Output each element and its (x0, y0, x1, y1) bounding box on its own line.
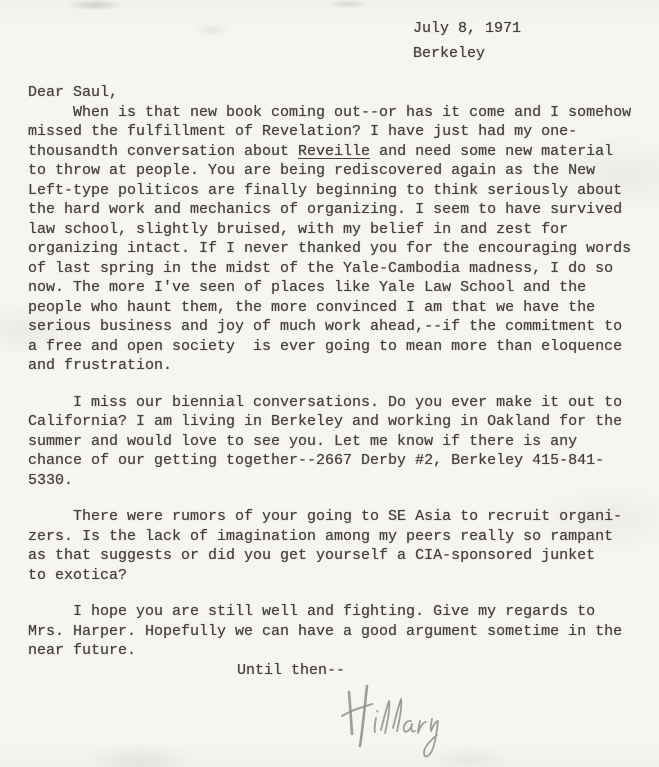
letter-line: Mrs. Harper. Hopefully we can have a goo… (28, 622, 648, 642)
letter-line: the hard work and mechanics of organizin… (28, 200, 648, 220)
letter-line: I hope you are still well and fighting. … (28, 602, 648, 622)
paragraph: I hope you are still well and fighting. … (28, 602, 648, 661)
paragraph: There were rumors of your going to SE As… (28, 507, 648, 585)
letter-line: summer and would love to see you. Let me… (28, 432, 648, 452)
letter-line: When is that new book coming out--or has… (28, 103, 648, 123)
letter-line: to exotica? (28, 566, 648, 586)
letter-line: missed the fulfillment of Revelation? I … (28, 122, 648, 142)
letter-line: now. The more I've seen of places like Y… (28, 278, 648, 298)
letter-line: law school, slightly bruised, with my be… (28, 220, 648, 240)
salutation: Dear Saul, (28, 83, 648, 103)
letter-line: zers. Is the lack of imagination among m… (28, 527, 648, 547)
letter-body: When is that new book coming out--or has… (28, 103, 648, 661)
text-segment: thousandth conversation about (28, 143, 298, 160)
paragraph: When is that new book coming out--or has… (28, 103, 648, 376)
paragraph: I miss our biennial conversations. Do yo… (28, 393, 648, 491)
letter-page: July 8, 1971 Berkeley Dear Saul, When is… (0, 0, 659, 767)
text-segment: and need some new material (370, 143, 613, 160)
letter-text: Dear Saul, When is that new book coming … (28, 83, 648, 680)
letter-line: There were rumors of your going to SE As… (28, 507, 648, 527)
letter-line: as that suggests or did you get yourself… (28, 546, 648, 566)
letter-line: serious business and joy of much work ah… (28, 317, 648, 337)
letter-line: I miss our biennial conversations. Do yo… (28, 393, 648, 413)
letter-line: near future. (28, 641, 648, 661)
letter-line: Left-type politicos are finally beginnin… (28, 181, 648, 201)
underlined-book-title: Reveille (298, 143, 370, 160)
signature-handwriting (340, 684, 455, 764)
letter-line: thousandth conversation about Reveille a… (28, 142, 648, 162)
letter-line: a free and open society is ever going to… (28, 337, 648, 357)
closing-line: Until then-- (28, 661, 648, 681)
letter-line: and frustration. (28, 356, 648, 376)
letter-line: 5330. (28, 471, 648, 491)
letter-line: of last spring in the midst of the Yale-… (28, 259, 648, 279)
letter-line: organizing intact. If I never thanked yo… (28, 239, 648, 259)
place-line: Berkeley (413, 41, 521, 66)
letter-line: to throw at people. You are being redisc… (28, 161, 648, 181)
letter-header: July 8, 1971 Berkeley (413, 16, 521, 66)
letter-line: California? I am living in Berkeley and … (28, 412, 648, 432)
letter-line: people who haunt them, the more convince… (28, 298, 648, 318)
date-line: July 8, 1971 (413, 16, 521, 41)
signature (340, 684, 455, 764)
letter-line: chance of our getting together--2667 Der… (28, 451, 648, 471)
